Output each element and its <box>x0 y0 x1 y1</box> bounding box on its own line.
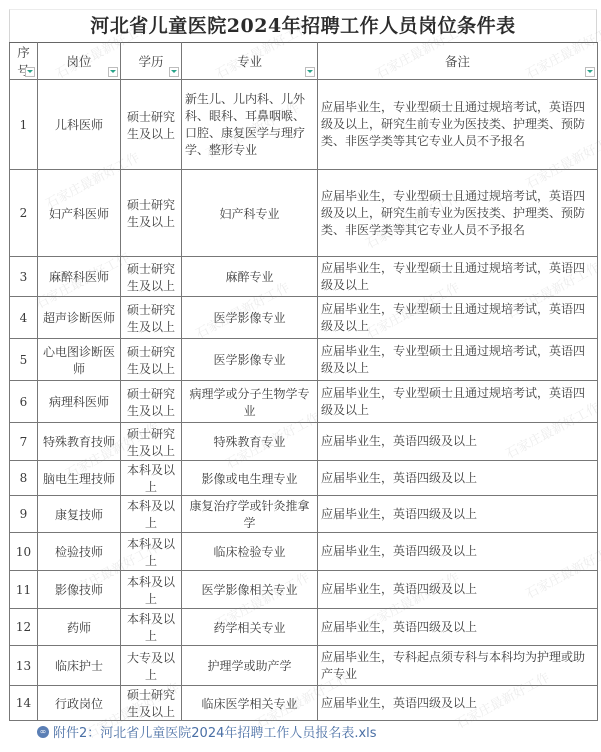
major-cell: 妇产科专业 <box>182 170 318 257</box>
table-row: 13临床护士大专及以上护理学或助产学应届毕业生，专科起点须专科与本科均为护理或助… <box>10 646 598 686</box>
position-cell: 脑电生理技师 <box>38 461 121 496</box>
table-row: 12药师本科及以上药学相关专业应届毕业生，英语四级及以上 <box>10 609 598 646</box>
notes-cell: 应届毕业生，专业型硕士且通过规培考试，英语四级及以上，研究生前专业为医技类、护理… <box>318 170 598 257</box>
notes-cell: 应届毕业生，英语四级及以上 <box>318 609 598 646</box>
notes-cell: 应届毕业生，英语四级及以上 <box>318 686 598 721</box>
education-cell: 硕士研究生及以上 <box>121 297 182 339</box>
notes-cell: 应届毕业生，专业型硕士且通过规培考试，英语四级及以上 <box>318 257 598 297</box>
header-notes: 备注 <box>318 43 598 80</box>
education-cell: 硕士研究生及以上 <box>121 381 182 423</box>
position-cell: 特殊教育技师 <box>38 423 121 461</box>
position-cell: 康复技师 <box>38 496 121 533</box>
position-cell: 药师 <box>38 609 121 646</box>
notes-cell: 应届毕业生，英语四级及以上 <box>318 461 598 496</box>
row-number: 10 <box>10 533 38 571</box>
table-row: 3麻醉科医师硕士研究生及以上麻醉专业应届毕业生，专业型硕士且通过规培考试，英语四… <box>10 257 598 297</box>
row-number: 4 <box>10 297 38 339</box>
major-cell: 医学影像专业 <box>182 339 318 381</box>
position-cell: 检验技师 <box>38 533 121 571</box>
major-cell: 临床医学相关专业 <box>182 686 318 721</box>
row-number: 1 <box>10 80 38 170</box>
notes-cell: 应届毕业生，专业型硕士且通过规培考试，英语四级及以上 <box>318 297 598 339</box>
table-row: 10检验技师本科及以上临床检验专业应届毕业生，英语四级及以上 <box>10 533 598 571</box>
header-major: 专业 <box>182 43 318 80</box>
filter-dropdown-icon[interactable] <box>108 67 118 77</box>
header-row: 序号 岗位 学历 专业 备注 <box>10 43 598 80</box>
row-number: 12 <box>10 609 38 646</box>
filter-dropdown-icon[interactable] <box>169 67 179 77</box>
table-row: 2妇产科医师硕士研究生及以上妇产科专业应届毕业生，专业型硕士且通过规培考试，英语… <box>10 170 598 257</box>
education-cell: 硕士研究生及以上 <box>121 686 182 721</box>
notes-cell: 应届毕业生，专业型硕士且通过规培考试，英语四级及以上 <box>318 381 598 423</box>
position-cell: 行政岗位 <box>38 686 121 721</box>
spreadsheet-image: 河北省儿童医院2024年招聘工作人员岗位条件表 序号 岗位 学历 专业 备注 1… <box>9 9 597 721</box>
table-row: 4超声诊断医师硕士研究生及以上医学影像专业应届毕业生，专业型硕士且通过规培考试，… <box>10 297 598 339</box>
education-cell: 硕士研究生及以上 <box>121 257 182 297</box>
row-number: 8 <box>10 461 38 496</box>
header-position: 岗位 <box>38 43 121 80</box>
education-cell: 本科及以上 <box>121 461 182 496</box>
notes-cell: 应届毕业生，专科起点须专科与本科均为护理或助产专业 <box>318 646 598 686</box>
major-cell: 影像或电生理专业 <box>182 461 318 496</box>
table-row: 14行政岗位硕士研究生及以上临床医学相关专业应届毕业生，英语四级及以上 <box>10 686 598 721</box>
major-cell: 康复治疗学或针灸推拿学 <box>182 496 318 533</box>
education-cell: 硕士研究生及以上 <box>121 339 182 381</box>
link-icon: ∞ <box>37 726 49 738</box>
position-cell: 超声诊断医师 <box>38 297 121 339</box>
position-cell: 病理科医师 <box>38 381 121 423</box>
table-row: 8脑电生理技师本科及以上影像或电生理专业应届毕业生，英语四级及以上 <box>10 461 598 496</box>
major-cell: 特殊教育专业 <box>182 423 318 461</box>
education-cell: 硕士研究生及以上 <box>121 80 182 170</box>
position-cell: 心电图诊断医师 <box>38 339 121 381</box>
education-cell: 硕士研究生及以上 <box>121 423 182 461</box>
notes-cell: 应届毕业生，专业型硕士且通过规培考试，英语四级及以上，研究生前专业为医技类、护理… <box>318 80 598 170</box>
notes-cell: 应届毕业生，英语四级及以上 <box>318 533 598 571</box>
position-cell: 妇产科医师 <box>38 170 121 257</box>
row-number: 6 <box>10 381 38 423</box>
education-cell: 本科及以上 <box>121 571 182 609</box>
education-cell: 本科及以上 <box>121 533 182 571</box>
row-number: 7 <box>10 423 38 461</box>
header-education: 学历 <box>121 43 182 80</box>
table-row: 7特殊教育技师硕士研究生及以上特殊教育专业应届毕业生，英语四级及以上 <box>10 423 598 461</box>
table-row: 5心电图诊断医师硕士研究生及以上医学影像专业应届毕业生，专业型硕士且通过规培考试… <box>10 339 598 381</box>
table-row: 9康复技师本科及以上康复治疗学或针灸推拿学应届毕业生，英语四级及以上 <box>10 496 598 533</box>
major-cell: 护理学或助产学 <box>182 646 318 686</box>
notes-cell: 应届毕业生，英语四级及以上 <box>318 571 598 609</box>
row-number: 9 <box>10 496 38 533</box>
table-row: 11影像技师本科及以上医学影像相关专业应届毕业生，英语四级及以上 <box>10 571 598 609</box>
major-cell: 药学相关专业 <box>182 609 318 646</box>
row-number: 13 <box>10 646 38 686</box>
row-number: 2 <box>10 170 38 257</box>
header-label: 学历 <box>138 54 163 69</box>
position-cell: 影像技师 <box>38 571 121 609</box>
major-cell: 麻醉专业 <box>182 257 318 297</box>
filter-dropdown-icon[interactable] <box>585 67 595 77</box>
table-row: 1儿科医师硕士研究生及以上新生儿、儿内科、儿外科、眼科、耳鼻咽喉、口腔、康复医学… <box>10 80 598 170</box>
major-cell: 医学影像相关专业 <box>182 571 318 609</box>
row-number: 11 <box>10 571 38 609</box>
attachment-link[interactable]: ∞ 附件2：河北省儿童医院2024年招聘工作人员报名表.xls <box>37 722 377 741</box>
row-number: 14 <box>10 686 38 721</box>
header-label: 专业 <box>237 54 262 69</box>
header-label: 岗位 <box>66 54 91 69</box>
row-number: 3 <box>10 257 38 297</box>
notes-cell: 应届毕业生，专业型硕士且通过规培考试，英语四级及以上 <box>318 339 598 381</box>
header-no: 序号 <box>10 43 38 80</box>
attachment-label[interactable]: 附件2：河北省儿童医院2024年招聘工作人员报名表.xls <box>53 722 377 741</box>
education-cell: 本科及以上 <box>121 496 182 533</box>
education-cell: 大专及以上 <box>121 646 182 686</box>
table-title: 河北省儿童医院2024年招聘工作人员岗位条件表 <box>9 9 597 42</box>
major-cell: 医学影像专业 <box>182 297 318 339</box>
filter-dropdown-icon[interactable] <box>25 67 35 77</box>
header-label: 备注 <box>445 54 470 69</box>
table-row: 6病理科医师硕士研究生及以上病理学或分子生物学专业应届毕业生，专业型硕士且通过规… <box>10 381 598 423</box>
position-cell: 麻醉科医师 <box>38 257 121 297</box>
position-requirements-table: 序号 岗位 学历 专业 备注 1儿科医师硕士研究生及以上新生儿、儿内科、儿外科、… <box>9 42 598 721</box>
row-number: 5 <box>10 339 38 381</box>
major-cell: 新生儿、儿内科、儿外科、眼科、耳鼻咽喉、口腔、康复医学与理疗学、整形专业 <box>182 80 318 170</box>
notes-cell: 应届毕业生，英语四级及以上 <box>318 496 598 533</box>
notes-cell: 应届毕业生，英语四级及以上 <box>318 423 598 461</box>
education-cell: 硕士研究生及以上 <box>121 170 182 257</box>
filter-dropdown-icon[interactable] <box>305 67 315 77</box>
major-cell: 临床检验专业 <box>182 533 318 571</box>
education-cell: 本科及以上 <box>121 609 182 646</box>
major-cell: 病理学或分子生物学专业 <box>182 381 318 423</box>
position-cell: 临床护士 <box>38 646 121 686</box>
position-cell: 儿科医师 <box>38 80 121 170</box>
